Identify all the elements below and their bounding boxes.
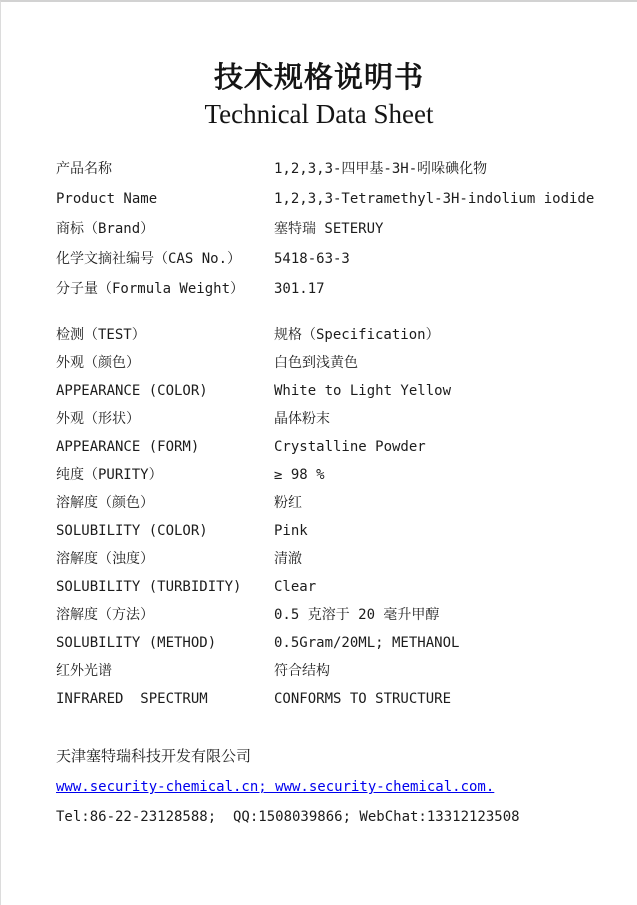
- row-label: 外观（形状）: [56, 405, 274, 433]
- contact-line: Tel:86-22-23128588; QQ:1508039866; WebCh…: [56, 802, 637, 832]
- row-label: APPEARANCE (FORM): [56, 433, 274, 461]
- row-label: 溶解度（方法）: [56, 601, 274, 629]
- table-row: 外观（形状）晶体粉末: [56, 405, 617, 433]
- row-label: 红外光谱: [56, 657, 274, 685]
- product-info-table: 产品名称1,2,3,3-四甲基-3H-吲哚碘化物Product Name1,2,…: [56, 154, 617, 304]
- row-label: Product Name: [56, 184, 274, 214]
- row-label: 产品名称: [56, 154, 274, 184]
- row-value: 0.5Gram/20ML; METHANOL: [274, 629, 617, 657]
- table-row: 外观（颜色）白色到浅黄色: [56, 349, 617, 377]
- page-title-english: Technical Data Sheet: [1, 96, 637, 132]
- table-row: 产品名称1,2,3,3-四甲基-3H-吲哚碘化物: [56, 154, 617, 184]
- row-value: 白色到浅黄色: [274, 349, 617, 377]
- row-value: 塞特瑞 SETERUY: [274, 214, 617, 244]
- table-row: APPEARANCE (FORM)Crystalline Powder: [56, 433, 617, 461]
- row-value: 晶体粉末: [274, 405, 617, 433]
- row-value: 1,2,3,3-四甲基-3H-吲哚碘化物: [274, 154, 617, 184]
- row-value: Crystalline Powder: [274, 433, 617, 461]
- table-row: 红外光谱符合结构: [56, 657, 617, 685]
- row-value: 清澈: [274, 545, 617, 573]
- table-row: Product Name1,2,3,3-Tetramethyl-3H-indol…: [56, 184, 617, 214]
- table-row: 检测（TEST）规格（Specification）: [56, 321, 617, 349]
- row-label: 商标（Brand）: [56, 214, 274, 244]
- row-value: ≥ 98 %: [274, 461, 617, 489]
- row-value: Pink: [274, 517, 617, 545]
- row-label: SOLUBILITY (METHOD): [56, 629, 274, 657]
- row-label: 溶解度（浊度）: [56, 545, 274, 573]
- row-value: 5418-63-3: [274, 244, 617, 274]
- footer: 天津塞特瑞科技开发有限公司 www.security-chemical.cn; …: [56, 740, 637, 832]
- technical-data-sheet-page: 技术规格说明书 Technical Data Sheet 产品名称1,2,3,3…: [0, 0, 637, 905]
- row-value: 301.17: [274, 274, 617, 304]
- website-links[interactable]: www.security-chemical.cn; www.security-c…: [56, 772, 494, 802]
- table-row: 商标（Brand）塞特瑞 SETERUY: [56, 214, 617, 244]
- table-row: 纯度（PURITY）≥ 98 %: [56, 461, 617, 489]
- row-value: 粉红: [274, 489, 617, 517]
- row-label: APPEARANCE (COLOR): [56, 377, 274, 405]
- table-row: 化学文摘社编号（CAS No.）5418-63-3: [56, 244, 617, 274]
- table-row: INFRARED SPECTRUMCONFORMS TO STRUCTURE: [56, 685, 617, 713]
- page-title-chinese: 技术规格说明书: [1, 58, 637, 96]
- row-value: White to Light Yellow: [274, 377, 617, 405]
- row-label: INFRARED SPECTRUM: [56, 685, 274, 713]
- table-row: SOLUBILITY (TURBIDITY)Clear: [56, 573, 617, 601]
- table-row: APPEARANCE (COLOR)White to Light Yellow: [56, 377, 617, 405]
- row-value: Clear: [274, 573, 617, 601]
- row-label: SOLUBILITY (COLOR): [56, 517, 274, 545]
- row-label: 纯度（PURITY）: [56, 461, 274, 489]
- company-name: 天津塞特瑞科技开发有限公司: [56, 740, 637, 772]
- row-value: 规格（Specification）: [274, 321, 617, 349]
- table-row: 溶解度（颜色）粉红: [56, 489, 617, 517]
- row-label: 溶解度（颜色）: [56, 489, 274, 517]
- table-row: 溶解度（方法）0.5 克溶于 20 毫升甲醇: [56, 601, 617, 629]
- row-value: CONFORMS TO STRUCTURE: [274, 685, 617, 713]
- table-row: 分子量（Formula Weight）301.17: [56, 274, 617, 304]
- table-row: SOLUBILITY (COLOR)Pink: [56, 517, 617, 545]
- table-row: 溶解度（浊度）清澈: [56, 545, 617, 573]
- row-label: 化学文摘社编号（CAS No.）: [56, 244, 274, 274]
- specification-table: 检测（TEST）规格（Specification）外观（颜色）白色到浅黄色APP…: [56, 321, 617, 713]
- row-value: 符合结构: [274, 657, 617, 685]
- row-label: 外观（颜色）: [56, 349, 274, 377]
- row-label: SOLUBILITY (TURBIDITY): [56, 573, 274, 601]
- row-label: 分子量（Formula Weight）: [56, 274, 274, 304]
- row-value: 1,2,3,3-Tetramethyl-3H-indolium iodide: [274, 184, 617, 214]
- row-label: 检测（TEST）: [56, 321, 274, 349]
- table-row: SOLUBILITY (METHOD)0.5Gram/20ML; METHANO…: [56, 629, 617, 657]
- row-value: 0.5 克溶于 20 毫升甲醇: [274, 601, 617, 629]
